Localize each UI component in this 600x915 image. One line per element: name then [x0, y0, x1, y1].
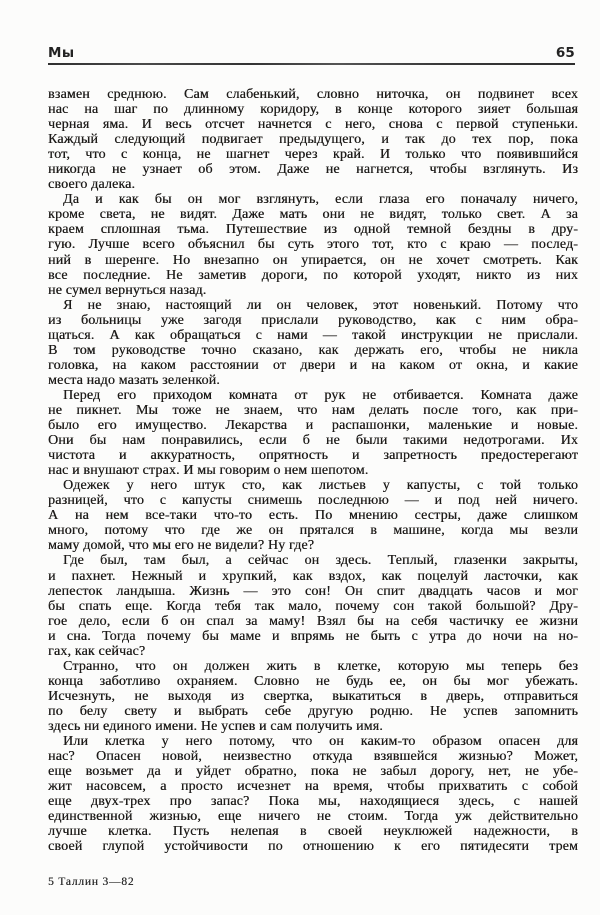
running-title: Мы [48, 45, 74, 61]
text-line: не сумел вернуться назад. [48, 283, 578, 298]
text-line: гах, как сейчас? [48, 644, 578, 659]
text-line: головка, на каком расстоянии от двери и … [48, 358, 578, 373]
text-line: чистота и аккуратность, опрятность и зап… [48, 448, 578, 463]
text-line: много, потому что где же он прятался в м… [48, 523, 578, 538]
text-line: Странно, что он должен жить в клетке, ко… [48, 659, 578, 674]
printers-signature: 5 Таллин 3—82 [48, 876, 134, 888]
book-page: Мы 65 взамен среднюю. Сам слабенький, сл… [0, 0, 600, 915]
text-line: нас на шаг по длинному коридору, в конце… [48, 102, 578, 117]
text-line: нас? Опасен новой, неизвестно откуда взя… [48, 749, 578, 764]
text-line: гую. Лучше всего объяснил бы суть этого … [48, 237, 578, 252]
text-line: не пикнет. Мы тоже не знаем, что нам дел… [48, 403, 578, 418]
text-line: было его имущество. Лекарства и распашон… [48, 418, 578, 433]
text-line: Я не знаю, настоящий ли он человек, этот… [48, 298, 578, 313]
text-line: жит насовсем, а просто исчезнет на время… [48, 779, 578, 794]
text-line: лучше клетка. Пусть нелепая в своей неук… [48, 824, 578, 839]
text-line: конца заботливо охраняем. Словно не будь… [48, 674, 578, 689]
text-line: гое дело, если б он спал за маму! Взял б… [48, 614, 578, 629]
text-line: щаться. А как обращаться с нами — такой … [48, 328, 578, 343]
text-line: Одежек у него штук сто, как листьев у ка… [48, 478, 578, 493]
text-line: нас и внушают страх. И мы говорим о нем … [48, 463, 578, 478]
header-rule [48, 63, 575, 65]
text-line: разницей, что с капусты снимешь последню… [48, 493, 578, 508]
text-line: Перед его приходом комната от рук не отб… [48, 388, 578, 403]
text-line: еще возьмет да и уйдет обратно, пока не … [48, 764, 578, 779]
text-line: единственной жизнью, еще ничего не стоим… [48, 809, 578, 824]
text-line: и пахнет. Нежный и хрупкий, как вздох, к… [48, 569, 578, 584]
text-line: В том руководстве точно сказано, как дер… [48, 343, 578, 358]
text-line: здесь ни единого имени. Не успев и сам п… [48, 719, 578, 734]
text-line: взамен среднюю. Сам слабенький, словно н… [48, 87, 578, 102]
page-header: Мы 65 [48, 43, 575, 61]
text-line: бы спать еще. Когда тебя так мало, почем… [48, 599, 578, 614]
text-line: все последние. Не заметив дороги, по кот… [48, 268, 578, 283]
body-text: взамен среднюю. Сам слабенький, словно н… [48, 87, 578, 854]
text-line: Каждый следующий подвигает предыдущего, … [48, 132, 578, 147]
text-line: никогда не узнает об этом. Даже не нагне… [48, 162, 578, 177]
text-line: Или клетка у него потому, что он каким-т… [48, 734, 578, 749]
text-line: из больницы уже загодя прислали руководс… [48, 313, 578, 328]
text-line: места надо мазать зеленкой. [48, 373, 578, 388]
text-line: маму домой, что мы его не видели? Ну где… [48, 538, 578, 553]
text-line: своей глупой устойчивости по отношению к… [48, 839, 578, 854]
text-line: лепесток ландыша. Жизнь — это сон! Он сп… [48, 584, 578, 599]
text-line: ний в шеренге. Но внезапно он упирается,… [48, 253, 578, 268]
text-line: А на нем все-таки что-то есть. По мнению… [48, 508, 578, 523]
text-line: Они бы нам понравились, если б не были т… [48, 433, 578, 448]
text-line: и сна. Тогда почему бы маме и впрямь не … [48, 629, 578, 644]
text-line: Да и как бы он мог взглянуть, если глаза… [48, 192, 578, 207]
text-line: тот, что с конца, не шагнет через край. … [48, 147, 578, 162]
text-line: Где был, там был, а сейчас он здесь. Теп… [48, 553, 578, 568]
text-line: кроме света, не видят. Даже мать они не … [48, 207, 578, 222]
text-line: своего далека. [48, 177, 578, 192]
text-line: по белу свету и выбрать себе другую родн… [48, 704, 578, 719]
text-line: Исчезнуть, не выходя из свертка, выкатит… [48, 689, 578, 704]
text-line: краем сплошная тьма. Путешествие из одно… [48, 222, 578, 237]
page-number: 65 [556, 45, 575, 61]
text-line: черная яма. И весь отсчет начнется с нег… [48, 117, 578, 132]
text-line: еще двух-трех про запас? Пока мы, находя… [48, 794, 578, 809]
